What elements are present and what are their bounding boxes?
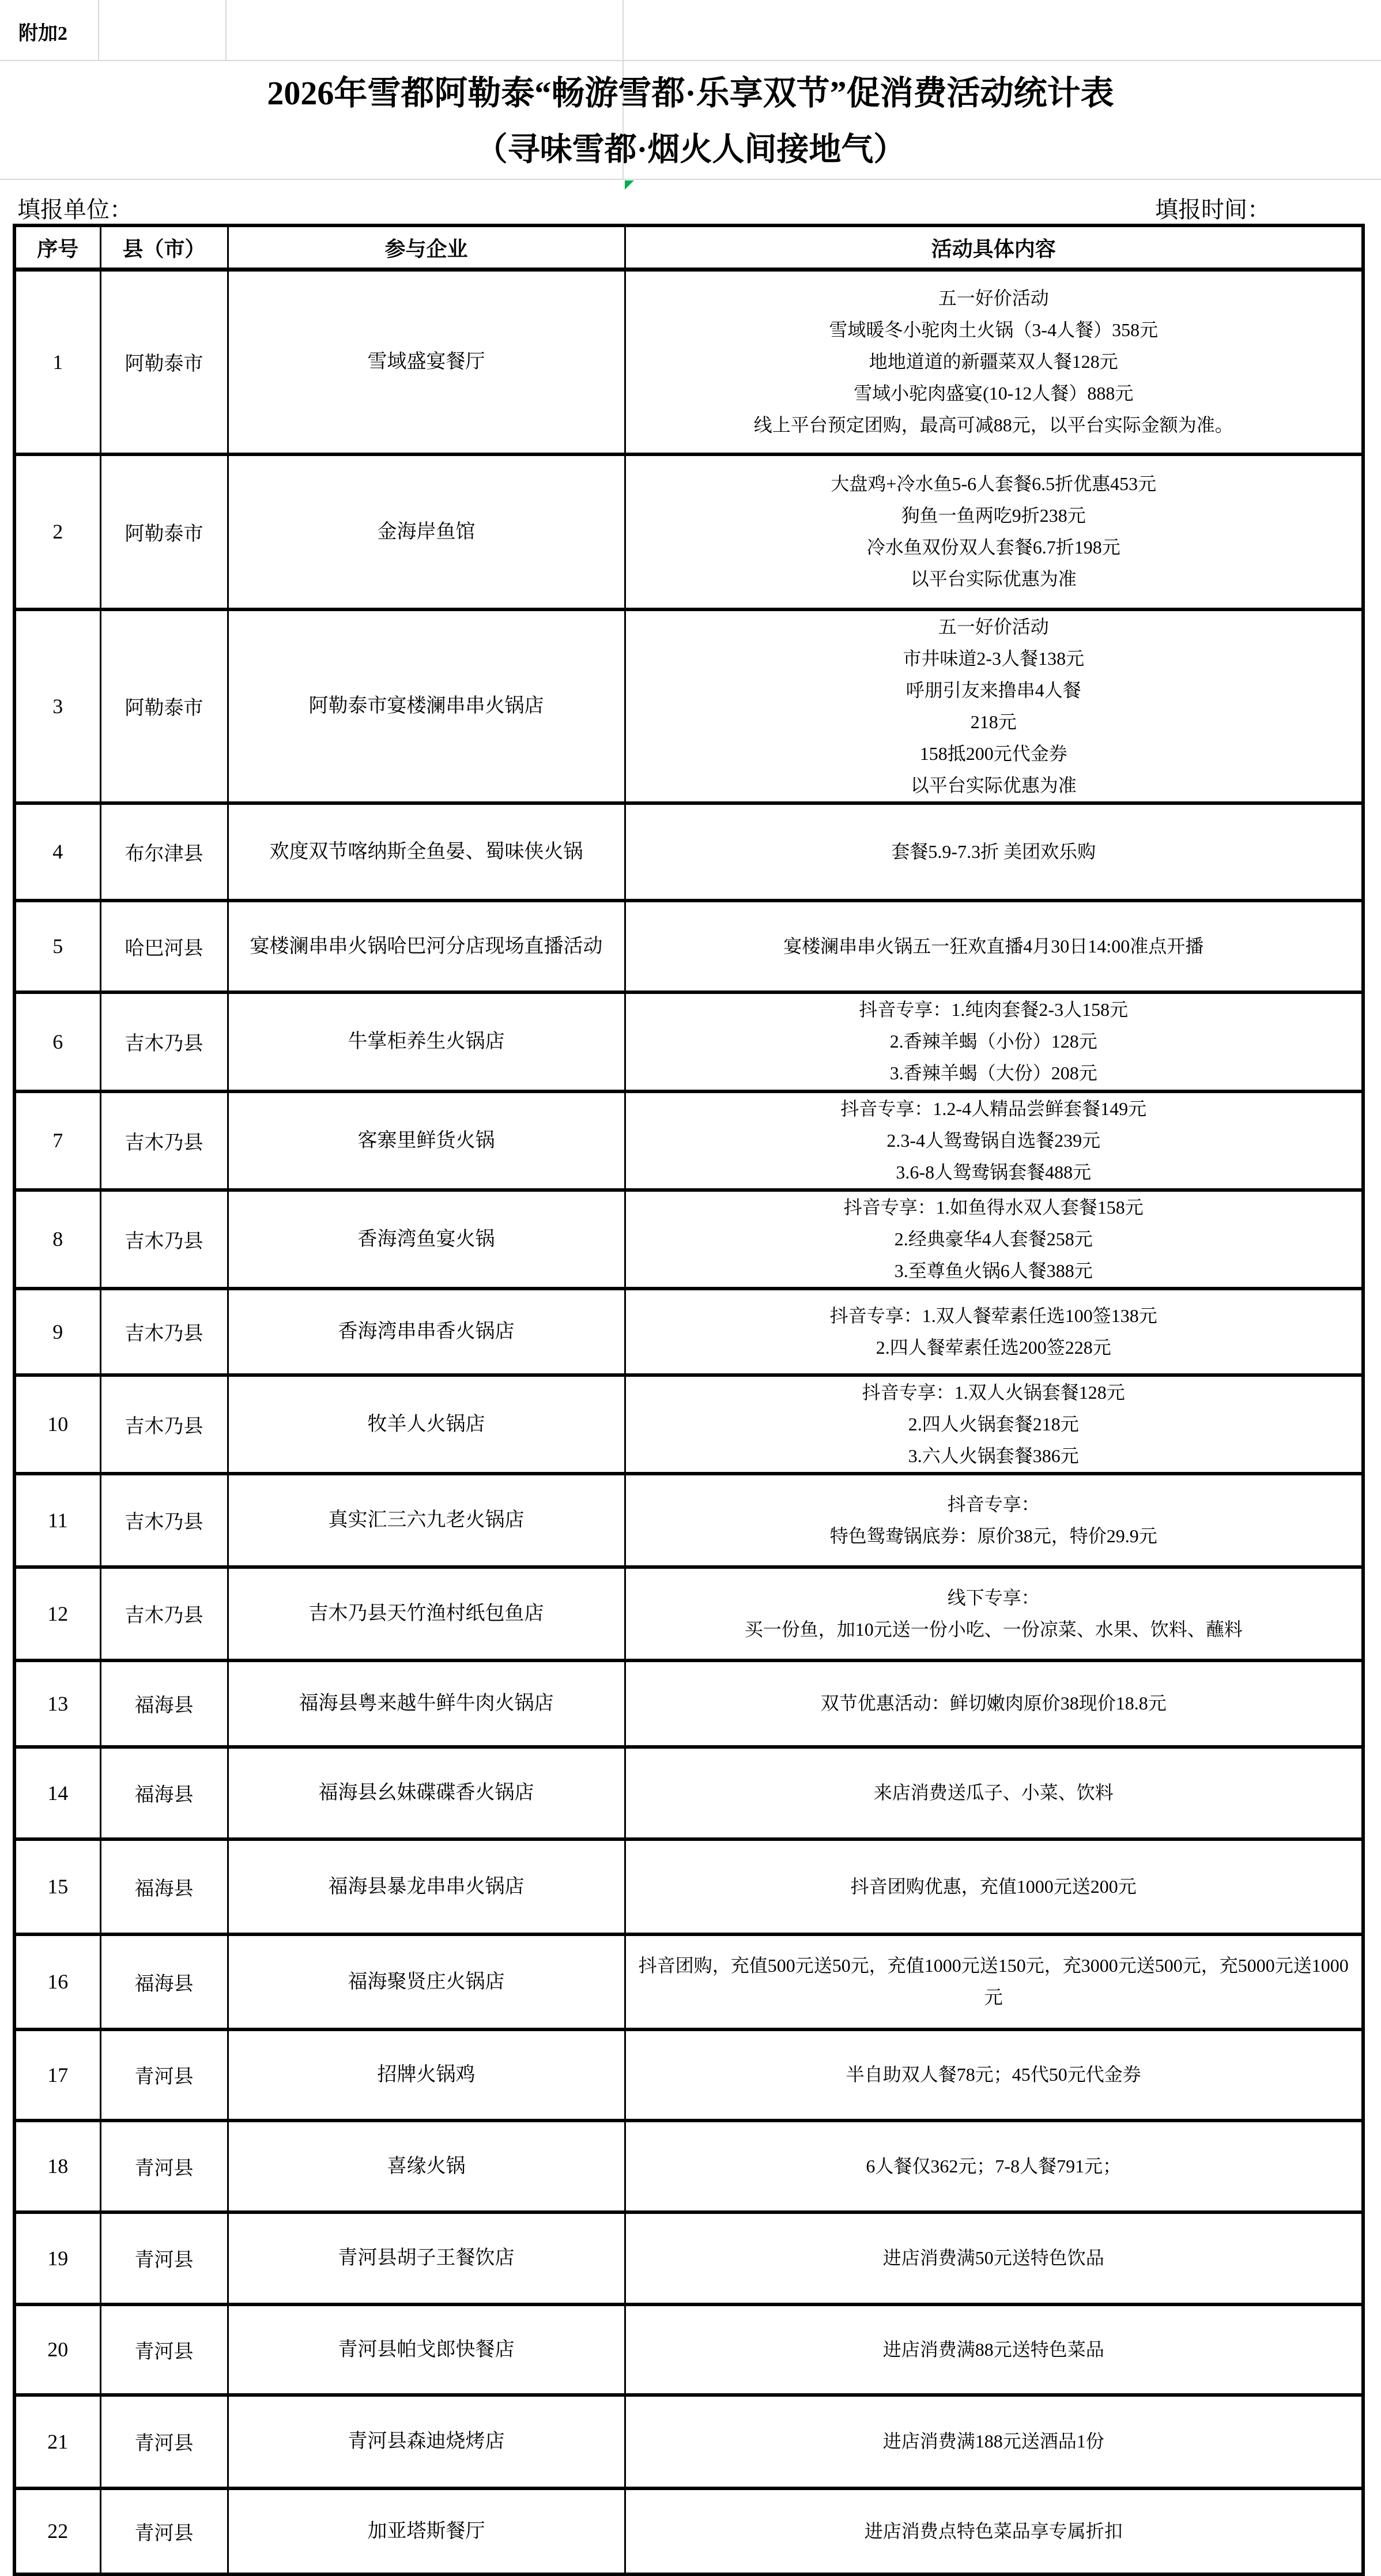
cell-serial-number: 12 [14,1567,100,1660]
cell-activity-details: 进店消费满50元送特色饮品 [625,2212,1363,2304]
cell-county: 福海县 [100,1839,228,1934]
activity-detail-line: 以平台实际优惠为准 [633,770,1355,801]
page-title-line2: （寻味雪都·烟火人间接地气） [0,122,1381,178]
cell-enterprise: 真实汇三六九老火锅店 [228,1474,625,1567]
activity-detail-line: 2.3-4人鸳鸯锅自选餐239元 [633,1125,1355,1157]
cell-county: 吉木乃县 [100,1091,228,1190]
cell-activity-details: 抖音专享：1.2-4人精品尝鲜套餐149元2.3-4人鸳鸯锅自选餐239元3.6… [625,1091,1363,1190]
activity-detail-line: 6人餐仅362元；7-8人餐791元； [633,2151,1355,2182]
activity-detail-line: 218元 [633,706,1355,738]
cell-serial-number: 22 [14,2488,100,2574]
cell-county: 吉木乃县 [100,1474,228,1567]
activity-detail-line: 半自助双人餐78元；45代50元代金券 [633,2059,1355,2091]
cell-serial-number: 10 [14,1375,100,1474]
cell-serial-number: 17 [14,2029,100,2121]
cell-activity-details: 进店消费满188元送酒品1份 [625,2395,1363,2488]
activity-detail-line: 抖音专享： [633,1489,1355,1520]
cell-enterprise: 福海聚贤庄火锅店 [228,1934,625,2029]
cell-serial-number: 19 [14,2212,100,2304]
cell-serial-number: 21 [14,2395,100,2488]
header-县市: 县（市） [100,225,228,270]
cell-county: 布尔津县 [100,803,228,901]
cell-county: 阿勒泰市 [100,609,228,803]
activity-detail-line: 抖音专享：1.双人火锅套餐128元 [633,1377,1355,1408]
cell-enterprise: 青河县胡子王餐饮店 [228,2212,625,2304]
table-row: 19青河县青河县胡子王餐饮店进店消费满50元送特色饮品 [14,2212,1363,2304]
cell-activity-details: 进店消费点特色菜品享专属折扣 [625,2488,1363,2574]
cell-activity-details: 抖音团购优惠，充值1000元送200元 [625,1839,1363,1934]
cell-serial-number: 16 [14,1934,100,2029]
cell-enterprise: 加亚塔斯餐厅 [228,2488,625,2574]
cell-serial-number: 15 [14,1839,100,1934]
cell-county: 青河县 [100,2212,228,2304]
cell-county: 哈巴河县 [100,901,228,992]
header-序号: 序号 [14,225,100,270]
table-row: 10吉木乃县牧羊人火锅店抖音专享：1.双人火锅套餐128元2.四人火锅套餐218… [14,1375,1363,1474]
spreadsheet-gridline-horizontal [0,60,1381,61]
activity-detail-line: 进店消费点特色菜品享专属折扣 [633,2515,1355,2547]
page-title: 2026年雪都阿勒泰“畅游雪都·乐享双节”促消费活动统计表 （寻味雪都·烟火人间… [0,65,1381,178]
cell-county: 福海县 [100,1747,228,1839]
cell-activity-details: 抖音专享：1.如鱼得水双人套餐158元2.经典豪华4人套餐258元3.至尊鱼火锅… [625,1190,1363,1289]
cell-enterprise: 福海县幺妹碟碟香火锅店 [228,1747,625,1839]
table-row: 6吉木乃县牛掌柜养生火锅店抖音专享：1.纯肉套餐2-3人158元2.香辣羊蝎（小… [14,992,1363,1091]
cell-activity-details: 6人餐仅362元；7-8人餐791元； [625,2121,1363,2212]
activity-detail-line: 线上平台预定团购，最高可减88元，以平台实际金额为准。 [633,409,1355,441]
table-row: 9吉木乃县香海湾串串香火锅店抖音专享：1.双人餐荤素任选100签138元2.四人… [14,1289,1363,1375]
cell-county: 阿勒泰市 [100,454,228,609]
cell-county: 青河县 [100,2029,228,2121]
spreadsheet-gridline-vertical [225,0,227,60]
activity-detail-line: 158抵200元代金券 [633,738,1355,770]
cell-enterprise: 阿勒泰市宴楼澜串串火锅店 [228,609,625,803]
cell-serial-number: 14 [14,1747,100,1839]
cell-county: 吉木乃县 [100,1375,228,1474]
cell-county: 青河县 [100,2121,228,2212]
cell-activity-details: 进店消费满88元送特色菜品 [625,2304,1363,2395]
activity-detail-line: 线下专享： [633,1582,1355,1614]
cell-county: 吉木乃县 [100,992,228,1091]
cell-activity-details: 抖音专享：1.双人餐荤素任选100签138元2.四人餐荤素任选200签228元 [625,1289,1363,1375]
cell-county: 吉木乃县 [100,1190,228,1289]
table-row: 5哈巴河县宴楼澜串串火锅哈巴河分店现场直播活动宴楼澜串串火锅五一狂欢直播4月30… [14,901,1363,992]
activity-detail-line: 抖音专享：1.纯肉套餐2-3人158元 [633,994,1355,1026]
cell-activity-details: 套餐5.9-7.3折 美团欢乐购 [625,803,1363,901]
cell-activity-details: 抖音专享：特色鸳鸯锅底券：原价38元，特价29.9元 [625,1474,1363,1567]
cell-enterprise: 吉木乃县天竹渔村纸包鱼店 [228,1567,625,1660]
activity-detail-line: 市井味道2-3人餐138元 [633,643,1355,675]
cell-serial-number: 11 [14,1474,100,1567]
cell-activity-details: 大盘鸡+冷水鱼5-6人套餐6.5折优惠453元狗鱼一鱼两吃9折238元冷水鱼双份… [625,454,1363,609]
cell-flag-green-triangle-icon [625,180,634,190]
cell-serial-number: 8 [14,1190,100,1289]
table-row: 1阿勒泰市雪域盛宴餐厅五一好价活动雪域暖冬小驼肉土火锅（3-4人餐）358元地地… [14,270,1363,454]
table-row: 21青河县青河县森迪烧烤店进店消费满188元送酒品1份 [14,2395,1363,2488]
table-header-row: 序号 县（市） 参与企业 活动具体内容 [14,225,1363,270]
activity-detail-line: 雪域小驼肉盛宴(10-12人餐）888元 [633,378,1355,409]
cell-enterprise: 青河县森迪烧烤店 [228,2395,625,2488]
report-unit-label: 填报单位： [17,191,133,224]
cell-activity-details: 来店消费送瓜子、小菜、饮料 [625,1747,1363,1839]
cell-county: 吉木乃县 [100,1567,228,1660]
activity-detail-line: 3.6-8人鸳鸯锅套餐488元 [633,1157,1355,1188]
cell-enterprise: 香海湾串串香火锅店 [228,1289,625,1375]
cell-serial-number: 13 [14,1660,100,1747]
activity-statistics-table: 序号 县（市） 参与企业 活动具体内容 1阿勒泰市雪域盛宴餐厅五一好价活动雪域暖… [13,224,1365,2576]
table-row: 16福海县福海聚贤庄火锅店抖音团购，充值500元送50元，充值1000元送150… [14,1934,1363,2029]
activity-detail-line: 五一好价活动 [633,283,1355,314]
activity-detail-line: 大盘鸡+冷水鱼5-6人套餐6.5折优惠453元 [633,468,1355,500]
table-row: 4布尔津县欢度双节喀纳斯全鱼晏、蜀味侠火锅套餐5.9-7.3折 美团欢乐购 [14,803,1363,901]
cell-county: 青河县 [100,2304,228,2395]
cell-county: 福海县 [100,1660,228,1747]
spreadsheet-gridline-horizontal [0,179,1381,180]
activity-detail-line: 特色鸳鸯锅底券：原价38元，特价29.9元 [633,1520,1355,1552]
cell-serial-number: 2 [14,454,100,609]
cell-enterprise: 青河县帕戈郎快餐店 [228,2304,625,2395]
table-row: 2阿勒泰市金海岸鱼馆大盘鸡+冷水鱼5-6人套餐6.5折优惠453元狗鱼一鱼两吃9… [14,454,1363,609]
header-参与企业: 参与企业 [228,225,625,270]
activity-detail-line: 地地道道的新疆菜双人餐128元 [633,346,1355,378]
header-活动具体内容: 活动具体内容 [625,225,1363,270]
activity-detail-line: 进店消费满50元送特色饮品 [633,2242,1355,2274]
cell-county: 青河县 [100,2395,228,2488]
cell-serial-number: 9 [14,1289,100,1375]
cell-serial-number: 3 [14,609,100,803]
cell-activity-details: 双节优惠活动：鲜切嫩肉原价38现价18.8元 [625,1660,1363,1747]
activity-detail-line: 双节优惠活动：鲜切嫩肉原价38现价18.8元 [633,1688,1355,1719]
activity-detail-line: 3.香辣羊蝎（大份）208元 [633,1057,1355,1089]
cell-serial-number: 1 [14,270,100,454]
cell-enterprise: 欢度双节喀纳斯全鱼晏、蜀味侠火锅 [228,803,625,901]
activity-detail-line: 2.四人火锅套餐218元 [633,1408,1355,1440]
activity-detail-line: 抖音专享：1.2-4人精品尝鲜套餐149元 [633,1093,1355,1125]
cell-serial-number: 6 [14,992,100,1091]
cell-enterprise: 雪域盛宴餐厅 [228,270,625,454]
activity-detail-line: 买一份鱼，加10元送一份小吃、一份凉菜、水果、饮料、蘸料 [633,1614,1355,1645]
cell-enterprise: 喜缘火锅 [228,2121,625,2212]
attachment-label: 附加2 [18,17,67,46]
cell-county: 青河县 [100,2488,228,2574]
cell-activity-details: 抖音团购，充值500元送50元，充值1000元送150元，充3000元送500元… [625,1934,1363,2029]
cell-enterprise: 金海岸鱼馆 [228,454,625,609]
table-row: 17青河县招牌火锅鸡半自助双人餐78元；45代50元代金券 [14,2029,1363,2121]
activity-detail-line: 进店消费满188元送酒品1份 [633,2426,1355,2457]
table-row: 14福海县福海县幺妹碟碟香火锅店来店消费送瓜子、小菜、饮料 [14,1747,1363,1839]
cell-enterprise: 福海县暴龙串串火锅店 [228,1839,625,1934]
cell-enterprise: 牛掌柜养生火锅店 [228,992,625,1091]
table-row: 12吉木乃县吉木乃县天竹渔村纸包鱼店线下专享：买一份鱼，加10元送一份小吃、一份… [14,1567,1363,1660]
table-row: 11吉木乃县真实汇三六九老火锅店抖音专享：特色鸳鸯锅底券：原价38元，特价29.… [14,1474,1363,1567]
table-row: 20青河县青河县帕戈郎快餐店进店消费满88元送特色菜品 [14,2304,1363,2395]
activity-detail-line: 2.经典豪华4人套餐258元 [633,1223,1355,1255]
activity-detail-line: 2.香辣羊蝎（小份）128元 [633,1026,1355,1057]
cell-activity-details: 抖音专享：1.纯肉套餐2-3人158元2.香辣羊蝎（小份）128元3.香辣羊蝎（… [625,992,1363,1091]
activity-detail-line: 3.至尊鱼火锅6人餐388元 [633,1255,1355,1287]
cell-enterprise: 宴楼澜串串火锅哈巴河分店现场直播活动 [228,901,625,992]
activity-detail-line: 3.六人火锅套餐386元 [633,1440,1355,1472]
activity-detail-line: 呼朋引友来撸串4人餐 [633,675,1355,706]
cell-activity-details: 线下专享：买一份鱼，加10元送一份小吃、一份凉菜、水果、饮料、蘸料 [625,1567,1363,1660]
table-row: 7吉木乃县客寨里鲜货火锅抖音专享：1.2-4人精品尝鲜套餐149元2.3-4人鸳… [14,1091,1363,1190]
activity-detail-line: 来店消费送瓜子、小菜、饮料 [633,1777,1355,1809]
activity-detail-line: 宴楼澜串串火锅五一狂欢直播4月30日14:00准点开播 [633,931,1355,962]
cell-enterprise: 香海湾鱼宴火锅 [228,1190,625,1289]
activity-detail-line: 冷水鱼双份双人套餐6.7折198元 [633,532,1355,563]
cell-enterprise: 招牌火锅鸡 [228,2029,625,2121]
cell-activity-details: 五一好价活动雪域暖冬小驼肉土火锅（3-4人餐）358元地地道道的新疆菜双人餐12… [625,270,1363,454]
cell-county: 吉木乃县 [100,1289,228,1375]
activity-detail-line: 雪域暖冬小驼肉土火锅（3-4人餐）358元 [633,314,1355,346]
spreadsheet-gridline-vertical [98,0,99,60]
cell-serial-number: 7 [14,1091,100,1190]
cell-enterprise: 福海县粤来越牛鲜牛肉火锅店 [228,1660,625,1747]
cell-enterprise: 牧羊人火锅店 [228,1375,625,1474]
activity-detail-line: 以平台实际优惠为准 [633,563,1355,595]
table-row: 8吉木乃县香海湾鱼宴火锅抖音专享：1.如鱼得水双人套餐158元2.经典豪华4人套… [14,1190,1363,1289]
page-title-line1: 2026年雪都阿勒泰“畅游雪都·乐享双节”促消费活动统计表 [0,65,1381,122]
table-row: 15福海县福海县暴龙串串火锅店抖音团购优惠，充值1000元送200元 [14,1839,1363,1934]
cell-county: 阿勒泰市 [100,270,228,454]
activity-detail-line: 五一好价活动 [633,611,1355,643]
table-row: 13福海县福海县粤来越牛鲜牛肉火锅店双节优惠活动：鲜切嫩肉原价38现价18.8元 [14,1660,1363,1747]
cell-activity-details: 抖音专享：1.双人火锅套餐128元2.四人火锅套餐218元3.六人火锅套餐386… [625,1375,1363,1474]
cell-serial-number: 5 [14,901,100,992]
activity-detail-line: 进店消费满88元送特色菜品 [633,2334,1355,2366]
cell-activity-details: 宴楼澜串串火锅五一狂欢直播4月30日14:00准点开播 [625,901,1363,992]
activity-detail-line: 套餐5.9-7.3折 美团欢乐购 [633,836,1355,868]
cell-activity-details: 五一好价活动市井味道2-3人餐138元呼朋引友来撸串4人餐218元158抵200… [625,609,1363,803]
report-time-label: 填报时间： [1155,191,1270,224]
activity-detail-line: 抖音团购，充值500元送50元，充值1000元送150元，充3000元送500元… [633,1950,1355,2013]
table-row: 3阿勒泰市阿勒泰市宴楼澜串串火锅店五一好价活动市井味道2-3人餐138元呼朋引友… [14,609,1363,803]
activity-detail-line: 抖音团购优惠，充值1000元送200元 [633,1871,1355,1903]
activity-detail-line: 狗鱼一鱼两吃9折238元 [633,500,1355,532]
cell-serial-number: 18 [14,2121,100,2212]
cell-serial-number: 20 [14,2304,100,2395]
cell-serial-number: 4 [14,803,100,901]
activity-detail-line: 抖音专享：1.如鱼得水双人套餐158元 [633,1192,1355,1223]
activity-detail-line: 抖音专享：1.双人餐荤素任选100签138元 [633,1300,1355,1332]
cell-activity-details: 半自助双人餐78元；45代50元代金券 [625,2029,1363,2121]
activity-detail-line: 2.四人餐荤素任选200签228元 [633,1332,1355,1364]
cell-enterprise: 客寨里鲜货火锅 [228,1091,625,1190]
cell-county: 福海县 [100,1934,228,2029]
table-row: 22青河县加亚塔斯餐厅进店消费点特色菜品享专属折扣 [14,2488,1363,2574]
table-row: 18青河县喜缘火锅6人餐仅362元；7-8人餐791元； [14,2121,1363,2212]
